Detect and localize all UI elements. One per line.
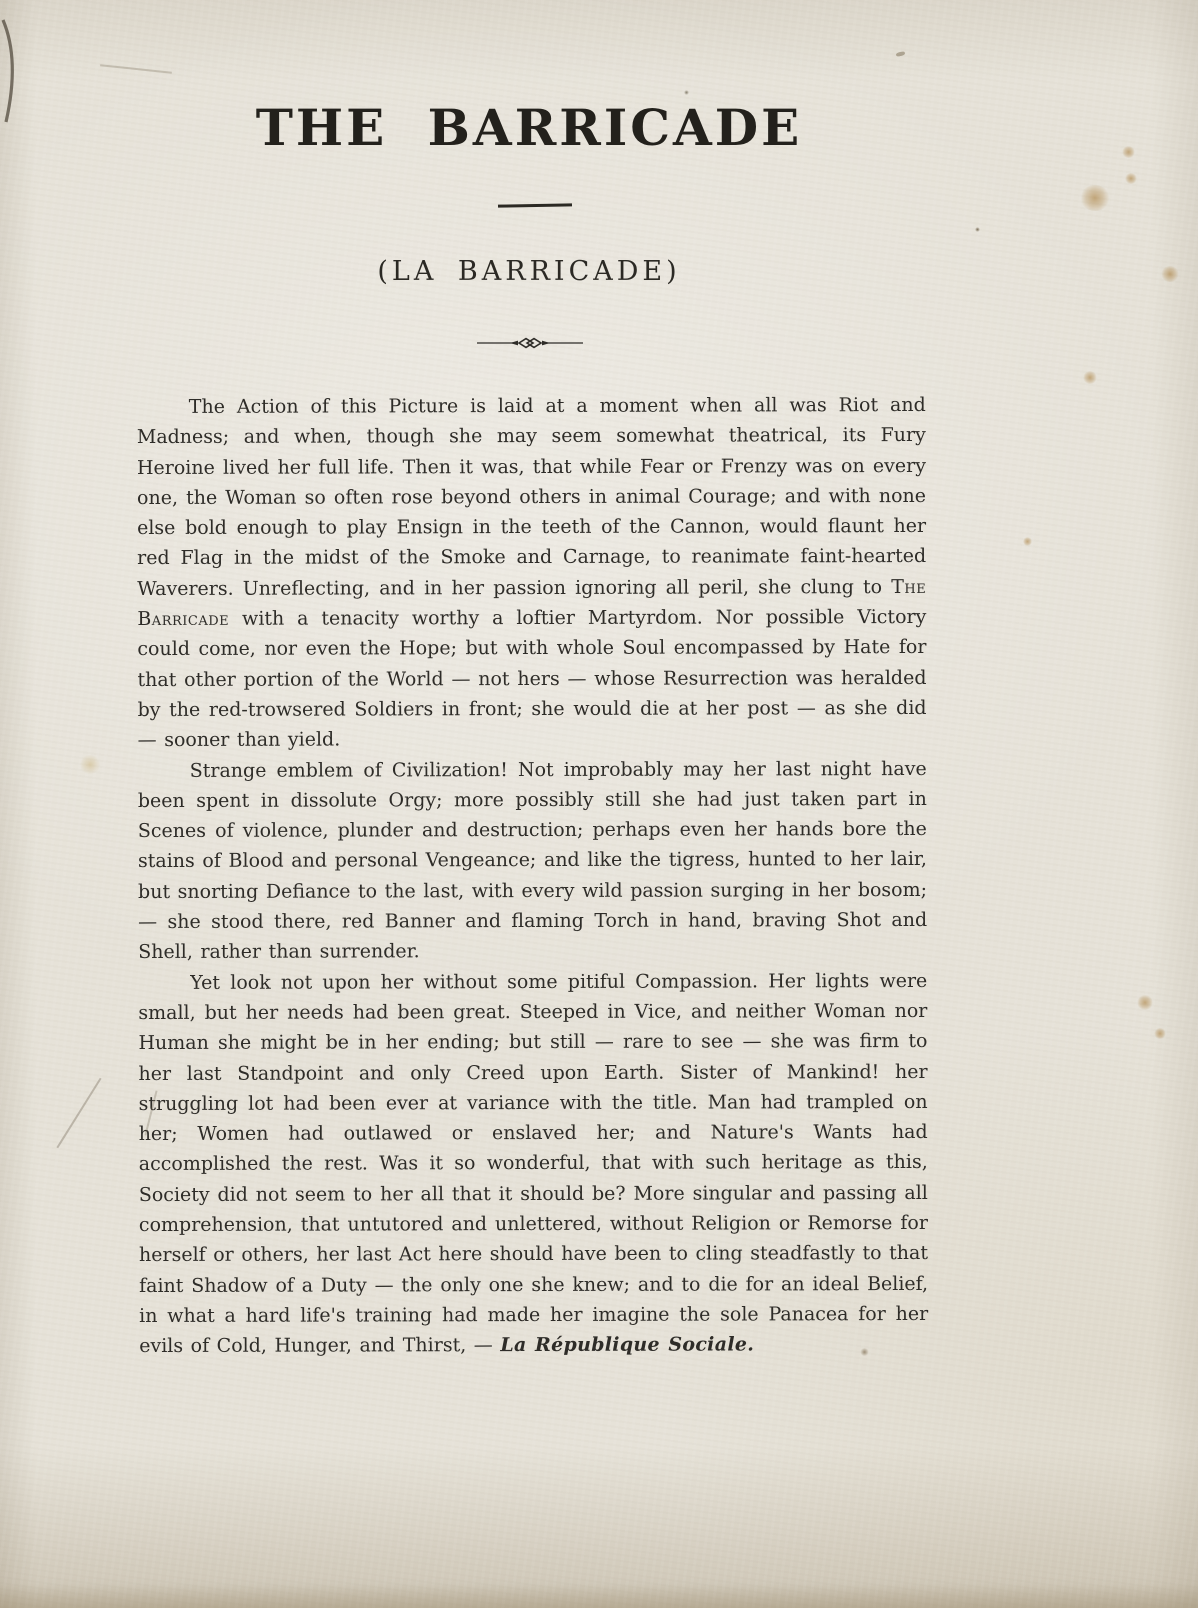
text-segment: The Action of this Picture is laid at a … bbox=[137, 394, 926, 600]
crease-mark bbox=[56, 1078, 101, 1149]
paragraph: The Action of this Picture is laid at a … bbox=[137, 390, 927, 756]
paragraph: Strange emblem of Civilization! Not impr… bbox=[138, 754, 928, 968]
foxing-spot bbox=[1122, 146, 1135, 158]
book-page: THE BARRICADE (LA BARRICADE) The Action … bbox=[0, 0, 1198, 1608]
page-bottom-shadow bbox=[0, 1584, 1198, 1608]
page-title: THE BARRICADE bbox=[0, 0, 1058, 153]
foxing-spot bbox=[1083, 371, 1097, 384]
text-segment: Yet look not upon her without some pitif… bbox=[138, 970, 928, 1358]
page-header: THE BARRICADE bbox=[0, 0, 1058, 153]
text-segment: La République Sociale. bbox=[500, 1334, 754, 1357]
foxing-spot bbox=[1080, 185, 1110, 211]
body-text: The Action of this Picture is laid at a … bbox=[137, 390, 929, 1362]
dust-speck bbox=[975, 227, 980, 232]
paragraph: Yet look not upon her without some pitif… bbox=[138, 966, 928, 1362]
title-rule bbox=[498, 203, 572, 207]
text-segment: with a tenacity worthy a loftier Martyrd… bbox=[137, 606, 926, 751]
ornament-divider bbox=[477, 336, 583, 350]
fleuron-icon bbox=[477, 336, 583, 350]
page-subtitle: (LA BARRICADE) bbox=[0, 256, 1058, 287]
text-segment: Strange emblem of Civilization! Not impr… bbox=[138, 758, 927, 964]
foxing-spot bbox=[1023, 537, 1032, 546]
foxing-spot bbox=[1161, 266, 1179, 282]
foxing-spot bbox=[1154, 1028, 1166, 1039]
foxing-spot bbox=[1137, 995, 1153, 1010]
foxing-spot bbox=[1125, 173, 1137, 184]
foxing-spot bbox=[79, 755, 101, 774]
